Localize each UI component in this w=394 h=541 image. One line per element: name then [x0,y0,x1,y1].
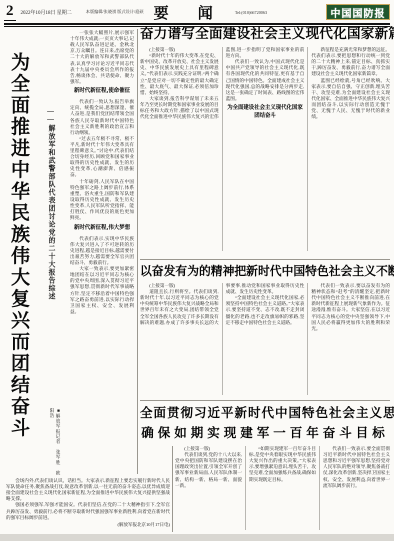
body-paragraph: “新时代十年的伟大变革,在党史、新中国史、改革开放史、社会主义发展史、中华民族发… [140,53,219,96]
body-paragraph: 大家一致表示,要更加紧密地团结在以习近平同志为核心的党中央周围,深入贯彻习近平强… [70,266,134,315]
body-paragraph: 代表们一致认为,中国式现代化是中国共产党领导的社会主义现代化,既有各国现代化的共… [226,59,305,102]
section-subhead: 新时代新征程,使命催征 [70,88,134,95]
body-paragraph: “过去五年极不寻常、极不平凡,新时代十年伟大变革具有里程碑意义。”讨论中,代表们… [70,136,134,179]
left-article-vertical-headline: 为全面推进中华民族伟大复兴而团结奋斗 [9,52,28,452]
article-mid-columns: (上接第一版)道阻且长,行则将至。代表们谈到,新时代十年,以习近平同志为核心的党… [140,283,390,395]
article-mid-headline: 以奋发有为的精神把新时代中国特色社会主义不断推向前进 [140,262,390,279]
article-bottom-columns: (上接第一版)代表们谈到,党的十八大以来,党中央把国防和军队建设摆在治国理政突出… [175,446,390,530]
masthead-logo: 中国国防报 [326,4,390,20]
body-paragraph: “如期实现建军一百年奋斗目标,是党中央着眼实现中华民族伟大复兴作出的重大决策。”… [249,446,316,483]
article-mid: 以奋发有为的精神把新时代中国特色社会主义不断推向前进 (上接第一版)道阻且长,行… [140,262,390,395]
body-paragraph: 代表们一致表示,要全面贯彻习近平新时代中国特色社会主义思想和习近平强军思想,坚持… [323,446,390,489]
body-paragraph: 代表们一致认为,报告举旗定向、统揽全局,思想深邃、催人奋进,是我们党团结带领全国… [70,99,134,136]
page-number: 2 [4,4,16,21]
section-title: 要 闻 [154,2,225,23]
section-subhead: 新时代新征程,伟大梦想 [70,225,134,232]
article-bottom-headline-line2: 确保如期实现建军一百年奋斗目标 [140,423,390,441]
body-paragraph: 十年砺剑,人民军队在中国特色强军之路上阔步前行,体系重塑、浴火重生,国防和军队建… [70,179,134,222]
left-article-subtitle: ——解放军和武警部队代表团讨论党的二十大报告综述 [45,108,55,378]
page-header: 2 2022年10月18日 星期二 本版编辑/张晓祺 版式设计/扈硕 要 闻 T… [4,2,390,22]
editor-note: 本版编辑/张晓祺 版式设计/扈硕 [86,9,144,15]
article-top-columns: (上接第一版)“新时代十年的伟大变革,在党史、新中国史、改革开放史、社会主义发展… [140,47,390,251]
article-top: 奋力谱写全面建设社会主义现代化国家新篇章 (上接第一版)“新时代十年的伟大变革,… [140,22,390,251]
article-top-headline: 奋力谱写全面建设社会主义现代化国家新篇章 [140,22,390,42]
vertical-divider-main [137,29,138,474]
newspaper-page: 2 2022年10月18日 星期二 本版编辑/张晓祺 版式设计/扈硕 要 闻 T… [0,0,394,534]
date-line: 2022年10月18日 星期二 [21,9,72,16]
body-paragraph: 蓝图已经绘就,号角已经吹响。大家表示,要自信自强、守正创新,埋头苦干、攻坚克难,… [311,78,390,121]
body-paragraph: 代表们一致表示,要以奋发有为的精神状态和“赶考”的清醒坚定,把新时代中国特色社会… [311,283,390,332]
article-bottom: 全面贯彻习近平新时代中国特色社会主义思想 确保如期实现建军一百年奋斗目标 (上接… [140,403,390,530]
contact-tel: Tel:(010)66720063 [235,10,267,15]
left-article-byline: ■解放军报记者 张军胜 欧阳浩 [49,408,61,478]
body-paragraph: 代表们表示,实现中华民族伟大复兴进入了不可逆转的历史进程,越是接近目标,越需要付… [70,236,134,267]
body-paragraph: 代表们谈到,党的十八大以来,党中央把国防和军队建设摆在治国理政突出位置,引领全军… [175,452,242,489]
body-paragraph: 一张张大幅照片,展示强军十年伟大成就;一页页大事记,记载人民军队奋进足迹。金秋北… [70,30,134,85]
horizontal-divider-bottom [140,400,390,401]
horizontal-divider-mid [140,259,390,260]
body-paragraph: “全面建设社会主义现代化国家,必须坚持中国特色社会主义道路。”大家表示,要坚持道… [226,295,305,326]
left-article-text-column: 一张张大幅照片,展示强军十年伟大成就;一页页大事记,记载人民军队奋进足迹。金秋北… [70,30,134,474]
section-subhead: 为全面建设社会主义现代化国家团结奋斗 [226,105,305,119]
body-paragraph: 新征程是充满光荣和梦想的远征。代表们表示,要把思想和行动统一到党的二十大精神上来… [311,47,390,78]
article-bottom-headline-line1: 全面贯彻习近平新时代中国特色社会主义思想 [140,403,390,421]
